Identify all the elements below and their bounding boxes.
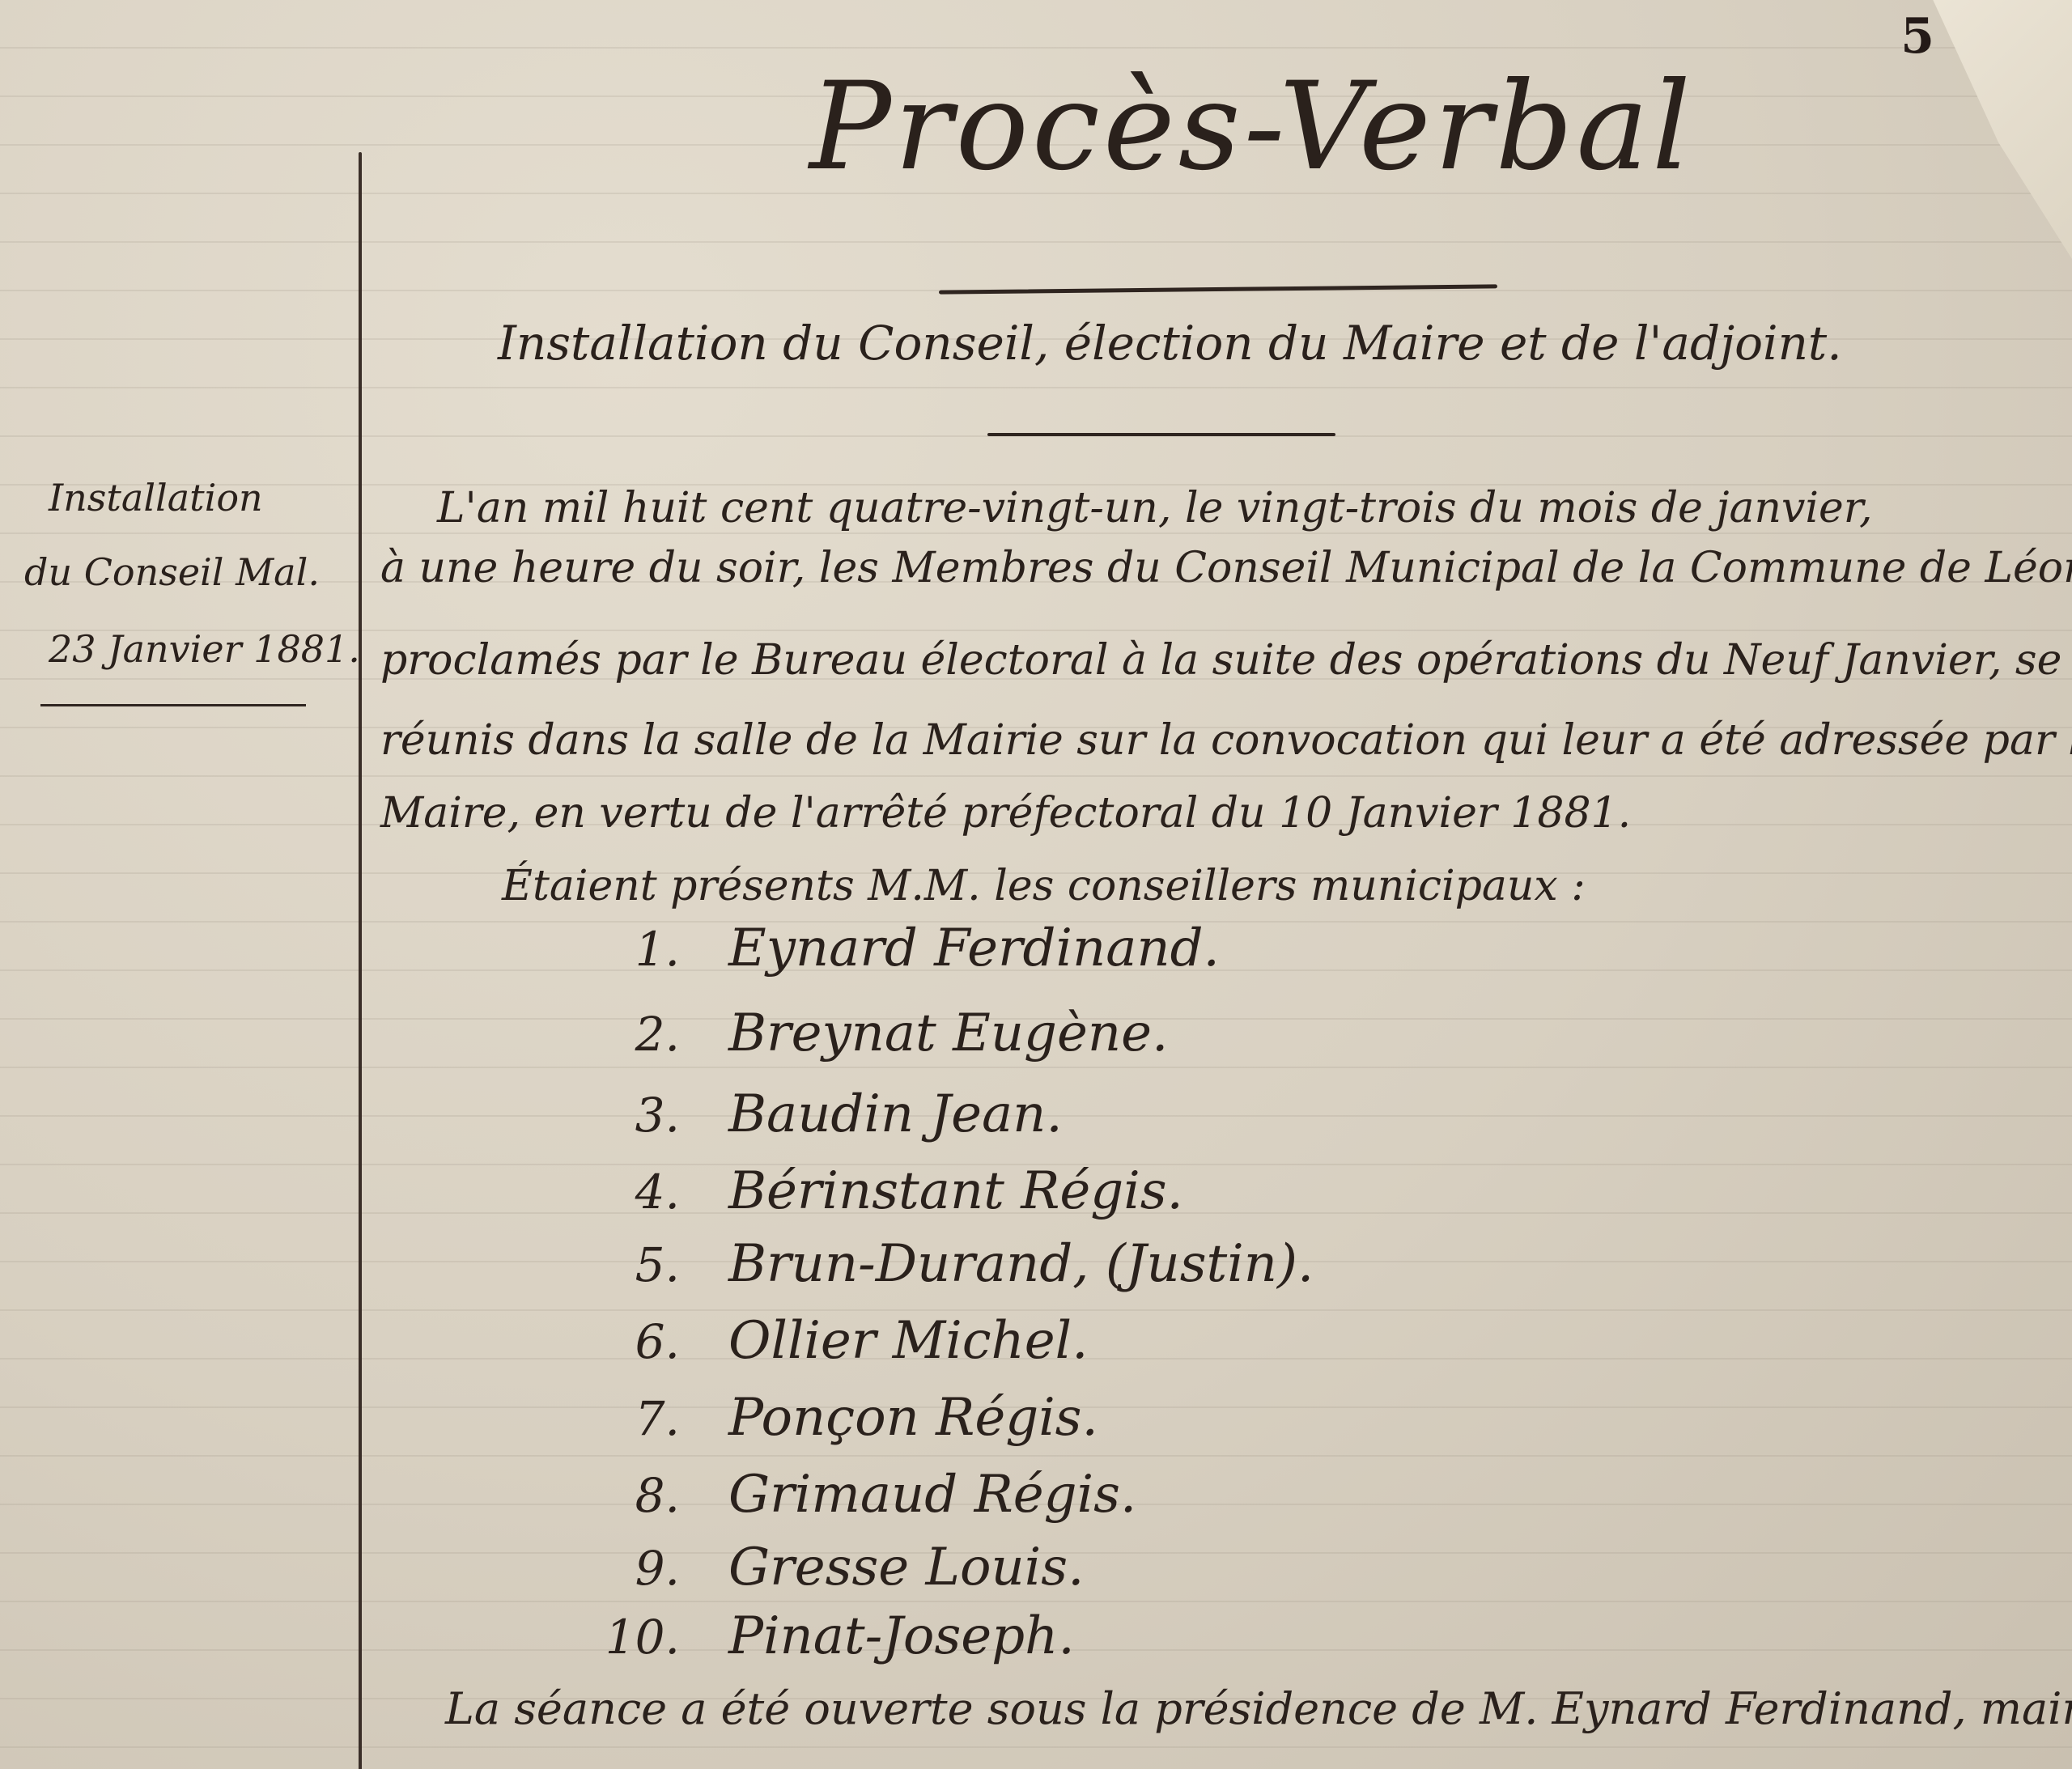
member-number: 7. bbox=[567, 1391, 680, 1446]
margin-rule-line bbox=[359, 152, 362, 1769]
body-line-1: L'an mil huit cent quatre-vingt-un, le v… bbox=[437, 484, 1872, 532]
member-number: 4. bbox=[567, 1164, 680, 1220]
member-name: Ollier Michel. bbox=[728, 1311, 1088, 1371]
margin-note-line-1: Installation bbox=[49, 476, 263, 520]
title-underline bbox=[939, 284, 1497, 294]
member-name: Bérinstant Régis. bbox=[728, 1161, 1183, 1221]
body-line-4: réunis dans la salle de la Mairie sur la… bbox=[380, 716, 2072, 765]
member-name: Pinat-Joseph. bbox=[728, 1606, 1075, 1666]
body-line-2: à une heure du soir, les Membres du Cons… bbox=[380, 544, 2072, 592]
member-name: Ponçon Régis. bbox=[728, 1388, 1098, 1448]
margin-note-line-2: du Conseil Mal. bbox=[24, 550, 320, 594]
register-page: 5 Procès-Verbal Installation du Conseil,… bbox=[0, 0, 2072, 1769]
subtitle-underline bbox=[987, 433, 1335, 436]
member-number: 2. bbox=[567, 1007, 680, 1062]
member-name: Brun-Durand, (Justin). bbox=[728, 1234, 1314, 1294]
member-list-item: 10.Pinat-Joseph. bbox=[567, 1606, 1075, 1666]
member-list-item: 4.Bérinstant Régis. bbox=[567, 1161, 1183, 1221]
member-list-item: 2.Breynat Eugène. bbox=[567, 1003, 1168, 1063]
member-number: 10. bbox=[567, 1610, 680, 1665]
member-list-item: 5.Brun-Durand, (Justin). bbox=[567, 1234, 1314, 1294]
member-list-item: 1.Eynard Ferdinand. bbox=[567, 918, 1220, 978]
member-name: Gresse Louis. bbox=[728, 1538, 1084, 1597]
member-list-item: 8.Grimaud Régis. bbox=[567, 1465, 1136, 1525]
member-name: Eynard Ferdinand. bbox=[728, 918, 1220, 978]
member-list-item: 9.Gresse Louis. bbox=[567, 1538, 1084, 1597]
body-line-5: Maire, en vertu de l'arrêté préfectoral … bbox=[380, 789, 1631, 838]
margin-note-underline bbox=[40, 704, 306, 706]
member-number: 8. bbox=[567, 1468, 680, 1523]
member-name: Breynat Eugène. bbox=[728, 1003, 1168, 1063]
member-number: 9. bbox=[567, 1541, 680, 1596]
member-number: 6. bbox=[567, 1314, 680, 1369]
member-number: 5. bbox=[567, 1237, 680, 1292]
document-title: Procès-Verbal bbox=[809, 57, 1694, 197]
member-list-item: 6.Ollier Michel. bbox=[567, 1311, 1088, 1371]
body-line-3: proclamés par le Bureau électoral à la s… bbox=[380, 636, 2072, 685]
document-subtitle: Installation du Conseil, élection du Mai… bbox=[498, 316, 1842, 371]
member-list-item: 3.Baudin Jean. bbox=[567, 1084, 1063, 1144]
member-name: Grimaud Régis. bbox=[728, 1465, 1136, 1525]
attendance-intro: Étaient présents M.M. les conseillers mu… bbox=[502, 862, 1586, 910]
session-opening-line: La séance a été ouverte sous la présiden… bbox=[445, 1683, 2072, 1734]
member-list-item: 7.Ponçon Régis. bbox=[567, 1388, 1098, 1448]
margin-note-date: 23 Janvier 1881. bbox=[49, 627, 360, 671]
member-number: 3. bbox=[567, 1088, 680, 1143]
member-number: 1. bbox=[567, 922, 680, 977]
member-name: Baudin Jean. bbox=[728, 1084, 1063, 1144]
page-number-mark: 5 bbox=[1900, 8, 1934, 65]
